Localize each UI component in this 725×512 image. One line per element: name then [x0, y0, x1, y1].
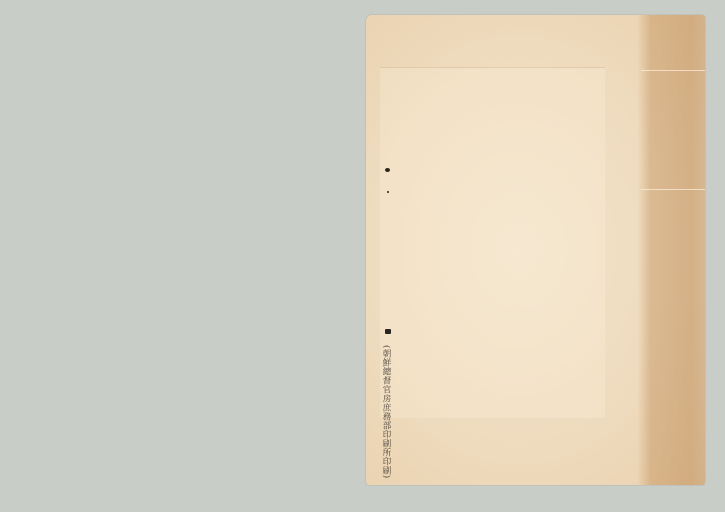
document-page: (朝鮮總督官房庶務部印刷所印刷) — [366, 15, 705, 485]
ink-mark — [385, 329, 391, 334]
fold-line — [641, 189, 705, 190]
ink-spot — [385, 168, 390, 172]
ink-spot — [387, 191, 389, 193]
fold-line — [641, 70, 705, 71]
printer-colophon: (朝鮮總督官房庶務部印刷所印刷) — [381, 345, 391, 479]
page-inner-area — [380, 67, 605, 418]
